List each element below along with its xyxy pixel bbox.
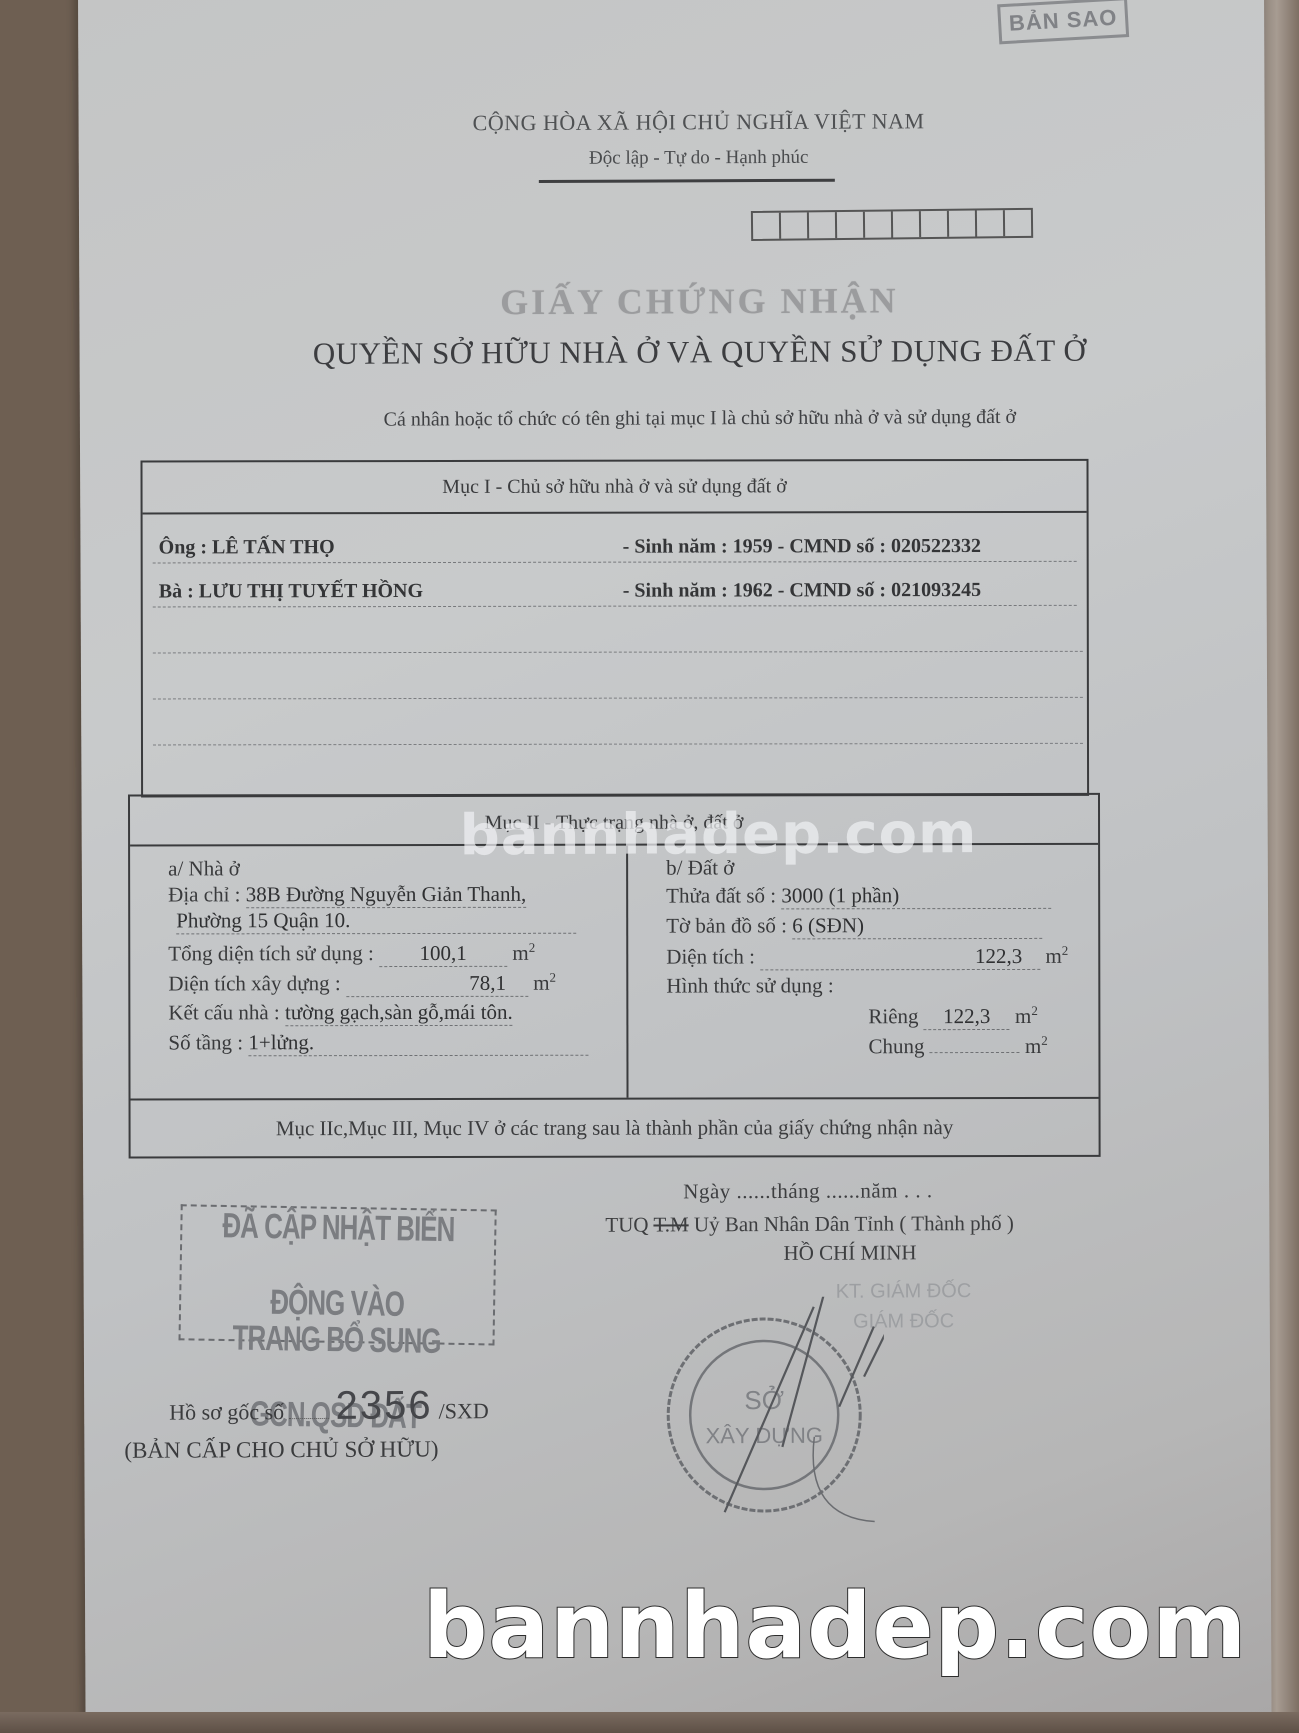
parcel-field: Thửa đất số : 3000 (1 phần) <box>666 883 1051 910</box>
address-label: Địa chỉ : <box>168 882 240 906</box>
serial-box <box>837 212 865 238</box>
unit-exponent: 2 <box>549 970 556 985</box>
house-details: a/ Nhà ở Địa chỉ : 38B Đường Nguyễn Giản… <box>130 846 628 1099</box>
address-line-2: Phường 15 Quận 10. <box>176 908 576 935</box>
private-area-value: 122,3 <box>924 1004 1010 1030</box>
shared-label: Chung <box>868 1034 924 1058</box>
unit-exponent: 2 <box>529 940 536 955</box>
serial-box <box>865 211 893 237</box>
map-sheet-label: Tờ bản đồ số : <box>666 913 787 937</box>
dossier-dots <box>290 1418 330 1419</box>
section-footer-note: Mục IIc,Mục III, Mục IV ở các trang sau … <box>131 1097 1099 1157</box>
serial-box <box>921 211 949 237</box>
owner-row: Bà : LƯU THỊ TUYẾT HỒNG - Sinh năm : 196… <box>153 565 1077 608</box>
nation-heading: CỘNG HÒA XÃ HỘI CHỦ NGHĨA VIỆT NAM <box>79 107 1299 138</box>
serial-box <box>893 211 921 237</box>
unit: m <box>1045 944 1061 968</box>
map-sheet-value: 6 (SĐN) <box>792 913 1042 939</box>
owner-name: Ông : LÊ TẤN THỌ <box>159 536 335 559</box>
official-seal-icon: SỞ XÂY DỰNG <box>664 1296 885 1527</box>
owner-name: Bà : LƯU THỊ TUYẾT HỒNG <box>159 580 423 603</box>
owner-row: Ông : LÊ TẤN THỌ - Sinh năm : 1959 - CMN… <box>153 521 1077 564</box>
floors-field: Số tầng : 1+lửng. <box>168 1030 588 1057</box>
unit-exponent: 2 <box>1031 1003 1038 1018</box>
shared-area-field: Chung m2 <box>868 1033 1047 1059</box>
watermark-middle: bannhadep.com <box>460 801 978 868</box>
structure-field: Kết cấu nhà : tường gạch,sàn gỗ,mái tôn. <box>168 1000 512 1027</box>
map-sheet-field: Tờ bản đồ số : 6 (SĐN) <box>666 913 1042 940</box>
update-stamp: ĐÃ CẬP NHẬT BIẾN ĐỘNG VÀO TRANG BỔ SUNG … <box>179 1204 497 1345</box>
authority-city: HỒ CHÍ MINH <box>783 1240 916 1266</box>
serial-box <box>781 212 809 238</box>
serial-box <box>753 213 781 239</box>
total-area-value: 100,1 <box>379 941 507 967</box>
house-heading: a/ Nhà ở <box>168 856 240 881</box>
certificate-subtitle: QUYỀN SỞ HỮU NHÀ Ở VÀ QUYỀN SỬ DỤNG ĐẤT … <box>80 332 1299 373</box>
unit-exponent: 2 <box>1062 943 1069 958</box>
private-area-field: Riêng 122,3 m2 <box>868 1003 1038 1030</box>
section-owners-heading: Mục I - Chủ sở hữu nhà ở và sử dụng đất … <box>142 461 1086 515</box>
unit: m <box>1015 1004 1031 1028</box>
section-owners: Mục I - Chủ sở hữu nhà ở và sử dụng đất … <box>140 459 1089 798</box>
serial-box <box>949 210 977 236</box>
blank-line <box>153 651 1083 654</box>
issued-to-note: (BẢN CẤP CHO CHỦ SỞ HỮU) <box>124 1436 438 1463</box>
seal-text-bottom: XÂY DỰNG <box>706 1423 824 1449</box>
blank-line <box>153 697 1083 700</box>
intro-text: Cá nhân hoặc tổ chức có tên ghi tại mục … <box>80 405 1299 433</box>
floors-label: Số tầng : <box>168 1030 243 1054</box>
private-label: Riêng <box>868 1004 918 1028</box>
parcel-value: 3000 (1 phần) <box>781 883 1051 909</box>
motto-underline <box>539 179 835 183</box>
unit: m <box>512 941 528 965</box>
copy-stamp: BẢN SAO <box>997 0 1129 44</box>
dossier-number: Hồ sơ gốc số 2356/SXD <box>169 1383 489 1429</box>
dossier-suffix: /SXD <box>439 1398 489 1423</box>
land-area-label: Diện tích : <box>666 944 755 968</box>
land-details: b/ Đất ở Thửa đất số : 3000 (1 phần) Tờ … <box>628 845 1098 1098</box>
built-area-field: Diện tích xây dựng : 78,1 m2 <box>168 970 556 998</box>
shared-area-value <box>930 1052 1020 1053</box>
authority-struck-text: T.M <box>653 1212 688 1236</box>
address-field-2: Phường 15 Quận 10. <box>176 908 576 935</box>
address-field: Địa chỉ : 38B Đường Nguyễn Giản Thanh, <box>168 882 526 909</box>
owner-id-info: - Sinh năm : 1962 - CMND số : 021093245 <box>623 579 981 603</box>
authority-prefix: TUQ <box>605 1213 648 1237</box>
dossier-label: Hồ sơ gốc số <box>169 1399 284 1425</box>
structure-value: tường gạch,sàn gỗ,mái tôn. <box>285 1000 513 1026</box>
floors-value: 1+lửng. <box>248 1030 588 1057</box>
issuing-authority: TUQ T.M Uỷ Ban Nhân Dân Tỉnh ( Thành phố… <box>605 1211 1014 1238</box>
serial-box <box>977 210 1005 236</box>
total-area-label: Tổng diện tích sử dụng : <box>168 941 374 965</box>
certificate-title: GIẤY CHỨNG NHẬN <box>79 278 1299 325</box>
land-area-value: 122,3 <box>760 944 1040 970</box>
structure-label: Kết cấu nhà : <box>168 1000 279 1024</box>
dossier-number-value: 2356 <box>336 1383 433 1427</box>
serial-box <box>809 212 837 238</box>
parcel-label: Thửa đất số : <box>666 883 776 907</box>
total-area-field: Tổng diện tích sử dụng : 100,1 m2 <box>168 940 535 968</box>
unit-exponent: 2 <box>1041 1033 1048 1048</box>
watermark-bottom: bannhadep.com <box>423 1574 1247 1679</box>
background-bottom-edge <box>0 1712 1299 1733</box>
land-area-field: Diện tích : 122,3 m2 <box>666 943 1068 971</box>
address-line-1: 38B Đường Nguyễn Giản Thanh, <box>246 882 527 908</box>
issue-date-line: Ngày ......tháng ......năm . . . <box>683 1178 932 1204</box>
built-area-label: Diện tích xây dựng : <box>168 971 340 995</box>
serial-number-boxes <box>751 208 1033 241</box>
motto: Độc lập - Tự do - Hạnh phúc <box>79 145 1299 172</box>
owner-id-info: - Sinh năm : 1959 - CMND số : 020522332 <box>623 535 981 559</box>
certificate-page: BẢN SAO CỘNG HÒA XÃ HỘI CHỦ NGHĨA VIỆT N… <box>78 0 1272 1720</box>
unit: m <box>1025 1034 1041 1058</box>
update-stamp-line-2: TRANG BỔ SUNG GCN.QSD ĐẤT <box>179 1299 493 1455</box>
blank-line <box>153 743 1083 746</box>
serial-box <box>1005 210 1031 236</box>
unit: m <box>533 971 549 995</box>
built-area-value: 78,1 <box>346 971 528 997</box>
usage-label: Hình thức sử dụng : <box>666 973 833 998</box>
authority-name: Uỷ Ban Nhân Dân Tỉnh ( Thành phố ) <box>694 1211 1014 1236</box>
